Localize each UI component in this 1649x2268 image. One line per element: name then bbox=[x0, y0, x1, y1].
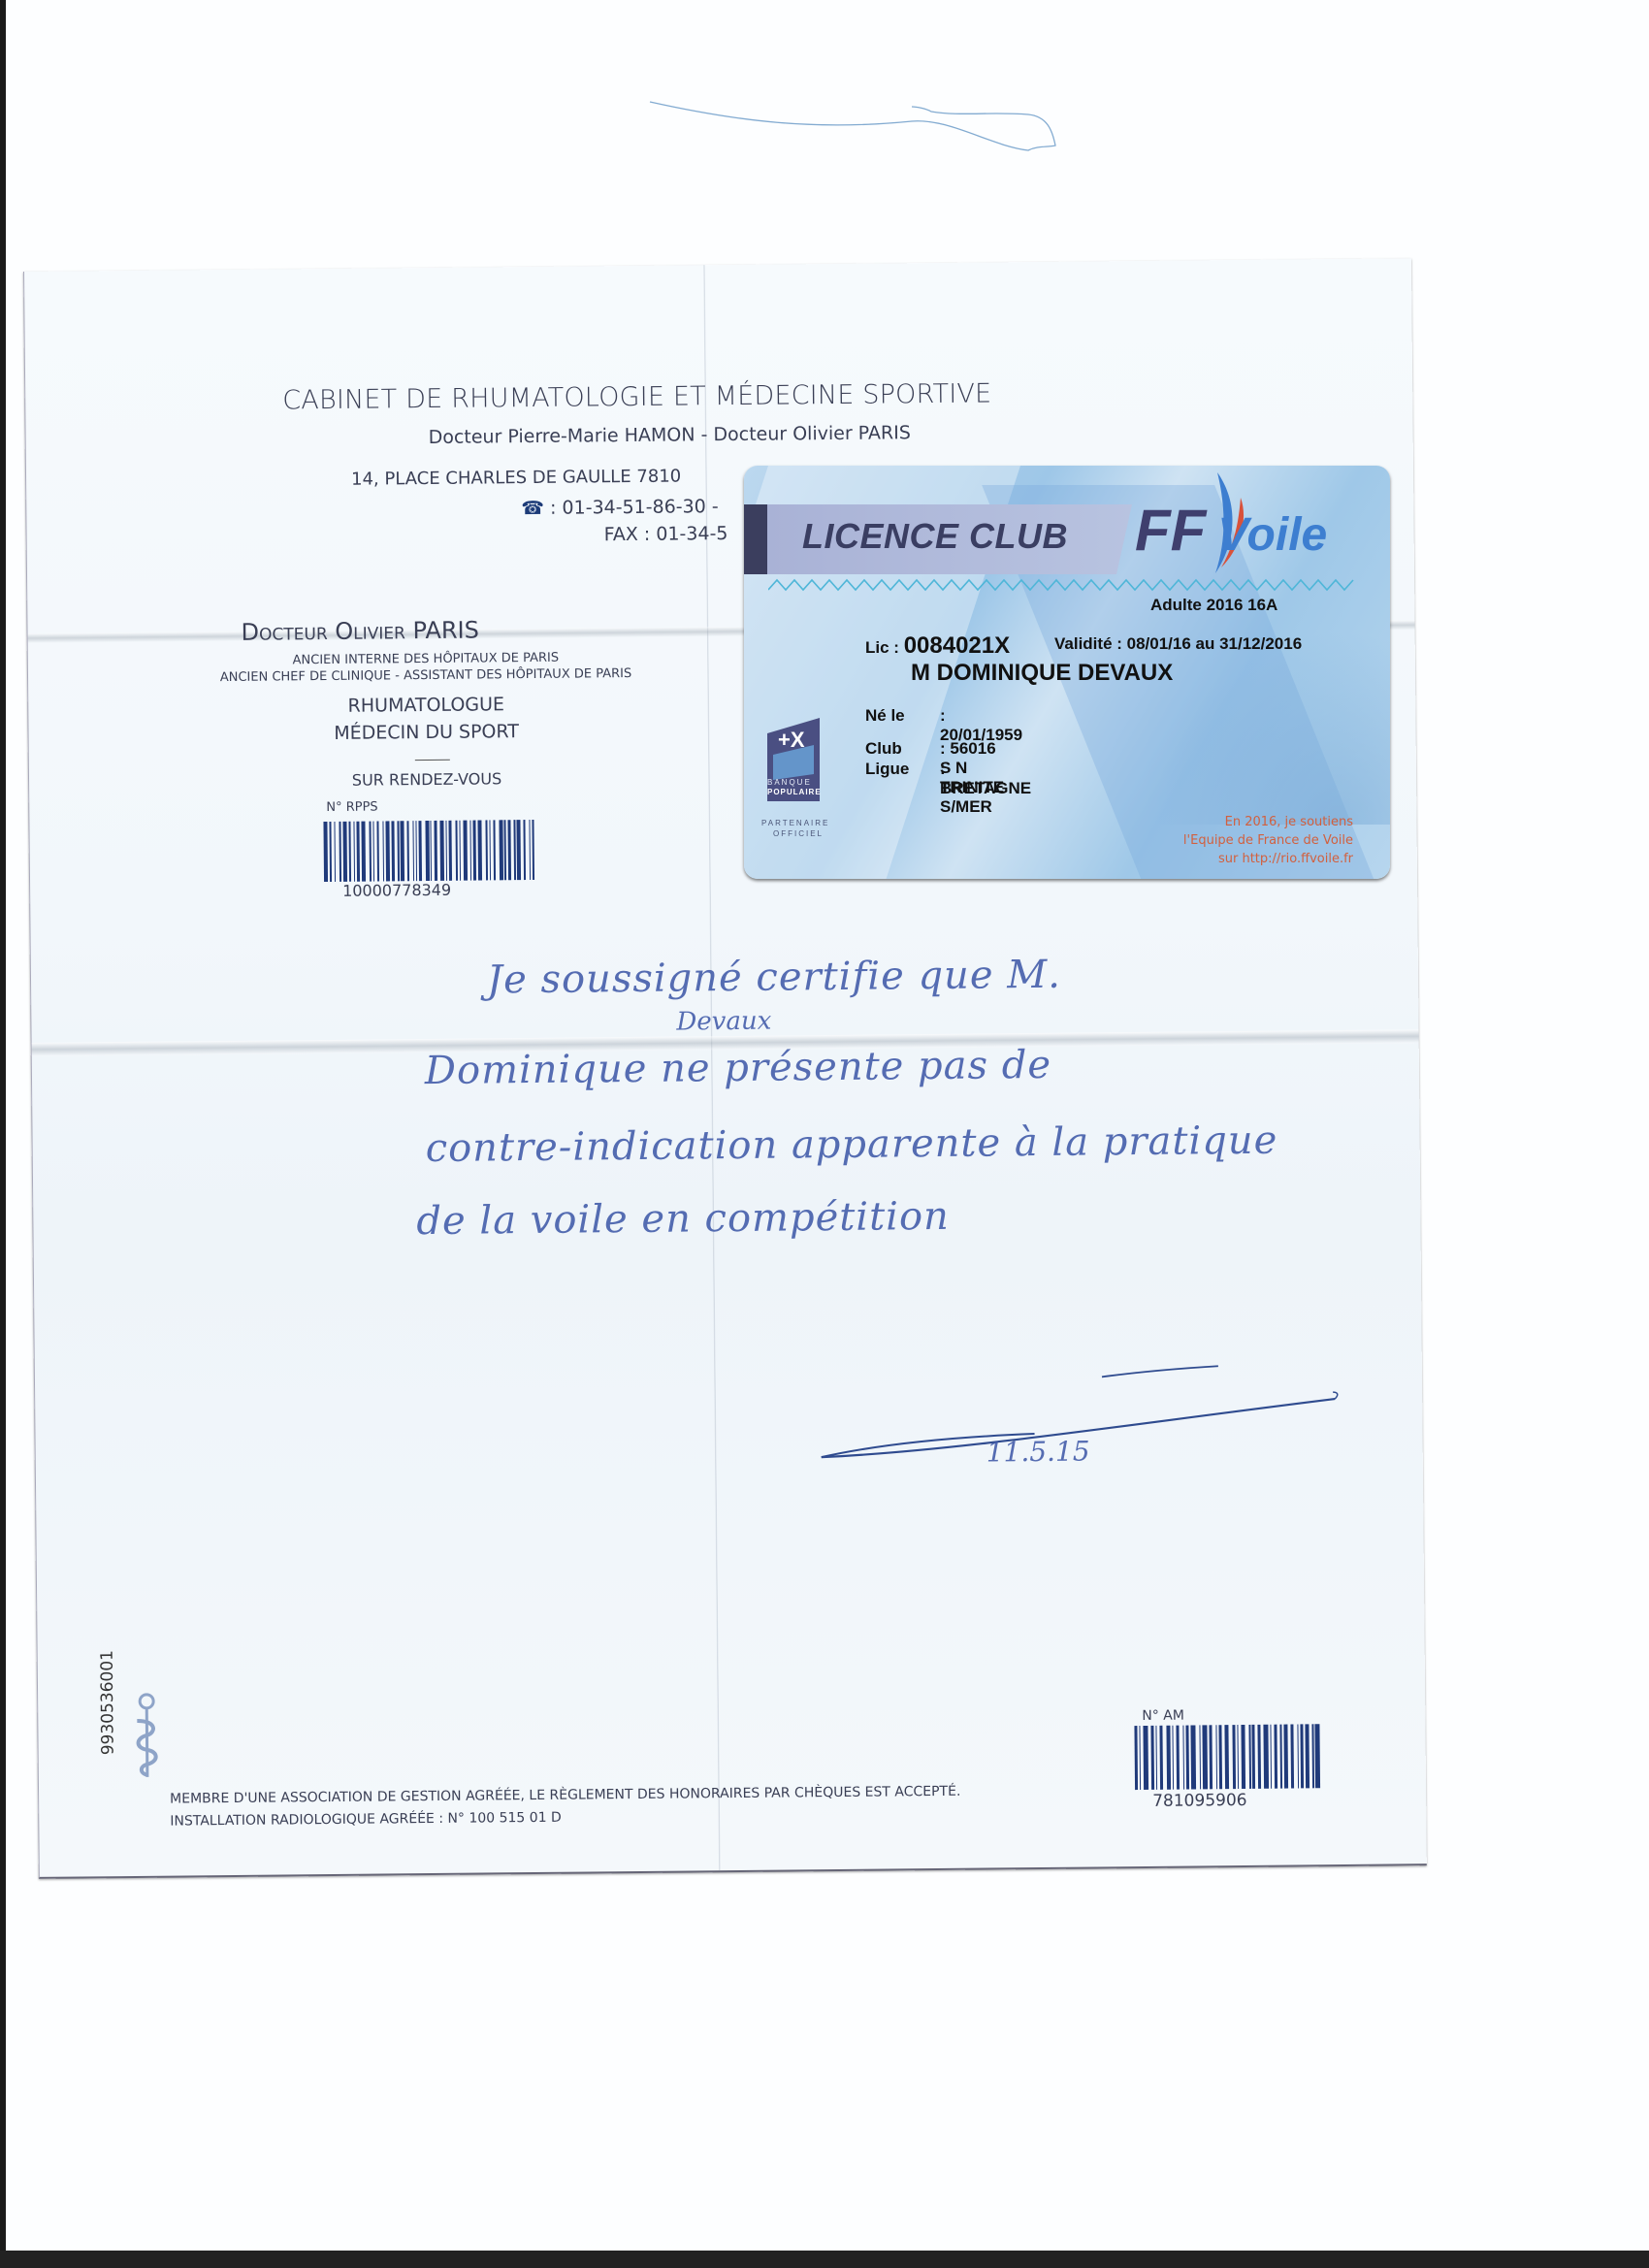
barcode-bar bbox=[1306, 1724, 1309, 1788]
barcode-bar bbox=[504, 820, 506, 880]
letterhead-address: 14, PLACE CHARLES DE GAULLE 7810 bbox=[351, 467, 681, 490]
barcode-bar bbox=[1283, 1725, 1288, 1789]
licence-club-row: Club: 56016 S N TRINITE S/MER bbox=[865, 739, 902, 759]
barcode-bar bbox=[392, 821, 395, 881]
barcode-bar bbox=[517, 820, 522, 880]
barcode-bar bbox=[463, 821, 468, 881]
barcode-bar bbox=[470, 821, 472, 881]
card-title: LICENCE CLUB bbox=[802, 516, 1068, 557]
barcode-bar bbox=[523, 820, 526, 880]
barcode-bar bbox=[349, 822, 351, 882]
barcode-bar bbox=[1232, 1725, 1236, 1789]
barcode-bar bbox=[1159, 1726, 1163, 1790]
barcode-bar bbox=[1280, 1725, 1282, 1789]
barcode-bar bbox=[1290, 1724, 1294, 1788]
barcode-bar bbox=[353, 822, 355, 882]
am-barcode bbox=[1134, 1724, 1329, 1790]
licence-category: Adulte 2016 16A bbox=[1150, 596, 1277, 615]
barcode-bar bbox=[472, 821, 475, 881]
barcode-bar bbox=[1199, 1725, 1201, 1789]
barcode-bar bbox=[329, 822, 332, 882]
row-label: Né le bbox=[865, 706, 905, 725]
barcode-bar bbox=[406, 821, 409, 881]
rpps-label: N° RPPS bbox=[326, 800, 377, 816]
barcode-bar bbox=[1274, 1725, 1277, 1789]
barcode-bar bbox=[401, 821, 405, 881]
barcode-bar bbox=[356, 822, 359, 882]
licence-league-row: Ligue: BRETAGNE bbox=[865, 760, 909, 779]
licence-number-label: Lic : bbox=[865, 638, 899, 657]
rpps-number: 10000778349 bbox=[342, 881, 451, 900]
pen-mark bbox=[621, 78, 1086, 175]
barcode-bar bbox=[372, 822, 374, 882]
doctor-name: Docteur Olivier PARIS bbox=[241, 617, 479, 646]
telephone-icon: ☎ bbox=[521, 498, 544, 519]
barcode-bar bbox=[1143, 1726, 1148, 1790]
barcode-bar bbox=[412, 821, 414, 881]
licence-validity: Validité : 08/01/16 au 31/12/2016 bbox=[1054, 634, 1302, 654]
barcode-bar bbox=[1300, 1724, 1304, 1788]
licence-number-field: Lic : 0084021X bbox=[865, 632, 1010, 660]
barcode-bar bbox=[532, 820, 534, 880]
barcode-bar bbox=[1166, 1726, 1171, 1790]
barcode-bar bbox=[1241, 1725, 1245, 1789]
licence-holder-name: M DOMINIQUE DEVAUX bbox=[911, 660, 1173, 687]
doctor-title-2: ANCIEN CHEF DE CLINIQUE - ASSISTANT DES … bbox=[149, 665, 702, 685]
handwriting-line-4: de la voile en compétition bbox=[416, 1194, 950, 1244]
am-label: N° AM bbox=[1142, 1708, 1184, 1724]
caduceus-icon bbox=[127, 1692, 167, 1779]
barcode-bar bbox=[1185, 1726, 1189, 1790]
barcode-bar bbox=[385, 821, 390, 881]
doctor-title-1: ANCIEN INTERNE DES HÔPITAUX DE PARIS bbox=[242, 650, 610, 668]
footer-radiology-note: INSTALLATION RADIOLOGIQUE AGRÉÉE : N° 10… bbox=[170, 1810, 562, 1830]
am-number: 781095906 bbox=[1152, 1791, 1247, 1811]
doctor-specialty-2: MÉDECIN DU SPORT bbox=[242, 720, 610, 745]
letterhead-title: CABINET DE RHUMATOLOGIE ET MÉDECINE SPOR… bbox=[282, 378, 991, 415]
barcode-bar bbox=[1311, 1724, 1313, 1788]
barcode-bar bbox=[376, 822, 379, 882]
barcode-bar bbox=[323, 822, 328, 882]
licence-number: 0084021X bbox=[904, 632, 1010, 659]
sponsor-partner-1: PARTENAIRE bbox=[761, 819, 829, 827]
barcode-bar bbox=[1251, 1725, 1255, 1789]
barcode-bar bbox=[1134, 1726, 1138, 1790]
fold-line-horizontal bbox=[32, 1029, 1419, 1056]
card-mountain-image bbox=[1151, 631, 1390, 825]
signature-date: 11.5.15 bbox=[986, 1436, 1090, 1469]
barcode-bar bbox=[455, 821, 458, 881]
barcode-bar bbox=[334, 822, 336, 882]
barcode-bar bbox=[485, 820, 488, 880]
barcode-bar bbox=[529, 820, 531, 880]
row-label: Club bbox=[865, 739, 902, 758]
promo-link[interactable]: sur http://rio.ffvoile.fr bbox=[1218, 852, 1353, 866]
scan-edge-left bbox=[0, 0, 6, 2268]
barcode-bar bbox=[342, 822, 347, 882]
barcode-bar bbox=[1215, 1725, 1217, 1789]
barcode-bar bbox=[1172, 1726, 1174, 1790]
promo-line-2: l'Equipe de France de Voile bbox=[1183, 833, 1353, 848]
rpps-barcode bbox=[323, 820, 537, 882]
barcode-bar bbox=[1264, 1725, 1269, 1789]
barcode-bar bbox=[1218, 1725, 1222, 1789]
barcode-bar bbox=[1176, 1726, 1180, 1790]
barcode-bar bbox=[1315, 1724, 1320, 1788]
barcode-bar bbox=[445, 821, 447, 881]
vertical-identifier: 9930536001 bbox=[98, 1650, 118, 1755]
phone-number: : 01-34-51-86-30 - bbox=[550, 496, 719, 519]
divider bbox=[415, 760, 450, 761]
barcode-bar bbox=[499, 820, 503, 880]
logo-voile: Voile bbox=[1217, 509, 1327, 561]
barcode-bar bbox=[1297, 1724, 1299, 1788]
barcode-bar bbox=[1270, 1725, 1272, 1789]
sponsor-name-1: BANQUE bbox=[767, 778, 812, 787]
logo-ff: FF bbox=[1135, 498, 1206, 563]
wave-decoration bbox=[768, 578, 1360, 592]
barcode-bar bbox=[440, 821, 445, 881]
barcode-bar bbox=[493, 820, 496, 880]
handwriting-line-3: contre-indication apparente à la pratiqu… bbox=[425, 1118, 1277, 1171]
handwriting-insertion: Devaux bbox=[676, 1007, 771, 1037]
sponsor-name-2: POPULAIRE bbox=[767, 788, 822, 796]
barcode-bar bbox=[478, 820, 483, 880]
barcode-bar bbox=[1210, 1725, 1213, 1789]
barcode-bar bbox=[431, 821, 433, 881]
barcode-bar bbox=[1151, 1726, 1155, 1790]
promo-line-1: En 2016, je soutiens bbox=[1225, 815, 1353, 829]
appointment-note: SUR RENDEZ-VOUS bbox=[242, 768, 611, 791]
barcode-bar bbox=[508, 820, 511, 880]
barcode-bar bbox=[1224, 1725, 1229, 1789]
barcode-bar bbox=[339, 822, 341, 882]
barcode-bar bbox=[1248, 1725, 1250, 1789]
ffvoile-logo: FFVoile bbox=[1135, 497, 1327, 564]
scan-edge-bottom bbox=[0, 2251, 1649, 2268]
barcode-bar bbox=[369, 822, 372, 882]
letterhead-fax: FAX : 01-34-5 bbox=[604, 523, 728, 545]
letterhead-doctors: Docteur Pierre-Marie HAMON - Docteur Oli… bbox=[429, 422, 911, 448]
barcode-bar bbox=[1155, 1726, 1157, 1790]
letterhead-phone: ☎: 01-34-51-86-30 - bbox=[521, 496, 719, 519]
barcode-bar bbox=[514, 820, 516, 880]
handwriting-line-1: Je soussigné certifie que M. bbox=[487, 953, 1061, 1003]
row-label: Ligue bbox=[865, 760, 909, 778]
barcode-bar bbox=[1182, 1726, 1184, 1790]
barcode-bar bbox=[459, 821, 461, 881]
barcode-bar bbox=[434, 821, 436, 881]
barcode-bar bbox=[415, 821, 417, 881]
barcode-bar bbox=[419, 821, 422, 881]
row-value: : BRETAGNE bbox=[940, 760, 1031, 798]
doctor-specialty-1: RHUMATOLOGUE bbox=[242, 693, 610, 718]
barcode-bar bbox=[1139, 1726, 1141, 1790]
barcode-bar bbox=[489, 820, 491, 880]
barcode-bar bbox=[1237, 1725, 1239, 1789]
sponsor-mark: +X bbox=[778, 728, 805, 753]
barcode-bar bbox=[449, 821, 452, 881]
licence-birthdate-row: Né le: 20/01/1959 bbox=[865, 706, 905, 726]
barcode-bar bbox=[425, 821, 430, 881]
footer-membership-note: MEMBRE D'UNE ASSOCIATION DE GESTION AGRÉ… bbox=[170, 1784, 960, 1807]
sponsor-partner-2: OFFICIEL bbox=[773, 829, 824, 838]
barcode-bar bbox=[1257, 1725, 1261, 1789]
barcode-bar bbox=[398, 821, 400, 881]
barcode-bar bbox=[382, 821, 384, 881]
ffvoile-licence-card: LICENCE CLUB FFVoile Adulte 2016 16A Lic… bbox=[744, 466, 1390, 879]
barcode-bar bbox=[1191, 1725, 1196, 1789]
barcode-bar bbox=[1202, 1725, 1207, 1789]
barcode-bar bbox=[361, 822, 366, 882]
